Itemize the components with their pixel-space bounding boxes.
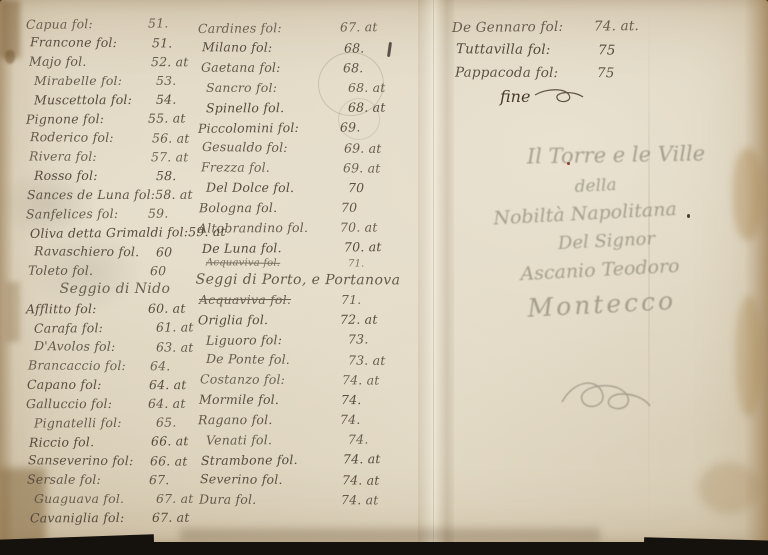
index-entry: Altobrandino fol.70. at	[198, 217, 394, 238]
family-name: Cardines fol:	[198, 18, 282, 39]
index-entry: Cardines fol:67. at	[198, 17, 394, 39]
family-name: Del Dolce fol.	[206, 178, 294, 198]
family-name: Carafa fol:	[34, 318, 103, 338]
family-name: Severino fol.	[200, 469, 283, 490]
section-heading-label: Seggi di Porto, e Portanova	[196, 270, 401, 291]
family-name: Afflitto fol:	[26, 299, 97, 318]
folio-number: 64.	[150, 356, 204, 375]
index-entry: Afflitto fol:60. at	[26, 299, 202, 319]
family-name: Venati fol.	[206, 430, 272, 450]
family-name: Piccolomini fol:	[198, 118, 299, 139]
family-name: Mormile fol.	[199, 390, 279, 410]
index-entry: De Gennaro fol:74. at.	[452, 15, 652, 40]
family-name: Roderico fol:	[30, 127, 114, 147]
index-entry: Sancro fol:68. at	[198, 78, 402, 98]
folio-number: 74.	[341, 390, 395, 410]
family-name: Oliva detta Grimaldi fol:	[30, 222, 188, 243]
family-name: Ravaschiero fol.	[34, 241, 139, 261]
index-column-2: Cardines fol:67. atMilano fol:68.Gaetana…	[198, 18, 394, 510]
index-entry: Strambone fol.74. at	[198, 449, 397, 471]
folio-number: 55. at	[148, 108, 202, 127]
index-entry: De Ponte fol.73. at	[198, 349, 402, 371]
family-name: Pappacoda fol:	[455, 62, 558, 85]
section-heading: Seggi di Porto, e Portanova	[198, 270, 396, 291]
index-entry: Brancaccio fol:64.	[26, 355, 204, 375]
index-entry: Capua fol:51.	[26, 13, 202, 34]
folio-number: 51.	[148, 13, 202, 33]
folio-number: 66. at	[150, 451, 204, 470]
family-name: Pignatelli fol:	[34, 413, 122, 433]
index-entry: Sanfelices fol:59.	[26, 203, 202, 223]
folio-number: 64. at	[149, 375, 203, 394]
family-name: Gaetana fol:	[201, 58, 281, 78]
folio-number: 52. at	[151, 52, 205, 71]
folio-number: 59.	[148, 203, 202, 222]
section-heading-label: Seggio di Nido	[60, 280, 171, 299]
index-entry: Guaguava fol.67. at	[26, 489, 210, 508]
folio-number: 70	[341, 198, 395, 218]
family-name: Francone fol:	[30, 32, 117, 52]
family-name: Muscettola fol:	[34, 90, 132, 109]
index-entry: Sanseverino fol:66. at	[26, 450, 204, 470]
folio-number: 67. at	[152, 508, 206, 527]
index-entry: Toleto fol.60	[26, 261, 204, 281]
family-name: Milano fol:	[202, 37, 273, 58]
folio-number: 68.	[344, 38, 398, 58]
family-name: Sanfelices fol:	[26, 204, 118, 224]
index-entry: Ragano fol.74.	[198, 410, 394, 430]
index-entry: Muscettola fol:54.	[26, 90, 210, 110]
section-heading: Seggio di Nido	[26, 280, 203, 299]
folio-number: 71.	[348, 258, 402, 270]
index-entry: Sances de Luna fol:58. at	[26, 185, 203, 204]
family-name: Sersale fol:	[27, 470, 101, 489]
folio-number: 74.	[340, 410, 394, 430]
index-entry: Dura fol.74. at	[198, 490, 395, 511]
fine-flourish-icon	[533, 86, 585, 106]
fine-marker: fine	[500, 86, 585, 106]
index-entry: Riccio fol.66. at	[26, 431, 205, 452]
index-entry: Spinello fol.68. at	[198, 98, 402, 119]
family-name: Rosso fol:	[34, 166, 98, 185]
index-entry: D'Avolos fol:63. at	[26, 336, 210, 357]
family-name: Sances de Luna fol:	[27, 185, 155, 204]
index-entry: Costanzo fol:74. at	[198, 369, 396, 390]
backdrop-bottom-band	[0, 542, 768, 555]
index-entry: Tuttavilla fol:75	[452, 38, 656, 63]
index-entry: Severino fol.74. at	[198, 469, 396, 491]
family-name: Majo fol.	[29, 52, 87, 71]
family-name: Toleto fol.	[28, 261, 93, 280]
index-entry: Bologna fol.70	[198, 198, 395, 218]
folio-number: 60. at	[148, 299, 202, 318]
index-entry: Rosso fol:58.	[26, 166, 210, 185]
family-name: Riccio fol.	[29, 432, 94, 452]
index-entry: Pignatelli fol:65.	[26, 412, 210, 432]
index-entry: Pappacoda fol:75	[452, 62, 655, 86]
index-entry: Cavaniglia fol:67. at	[26, 508, 206, 528]
folio-number: 72. at	[340, 310, 394, 330]
family-name: Costanzo fol:	[200, 369, 285, 390]
index-entry: Gaetana fol:68.	[198, 58, 397, 79]
index-entry: Venati fol.74.	[198, 429, 402, 450]
family-name: Mirabelle fol:	[34, 71, 122, 90]
family-name: Altobrandino fol.	[198, 218, 308, 239]
family-name: Acquaviva fol.	[206, 257, 280, 270]
folio-number: 68. at	[348, 78, 402, 98]
folio-number: 74. at	[341, 490, 395, 510]
family-name: De Luna fol.	[202, 238, 282, 259]
family-name: Tuttavilla fol:	[456, 38, 551, 62]
family-name: Cavaniglia fol:	[30, 508, 124, 527]
folio-number: 74. at.	[594, 15, 652, 39]
index-entry: Pignone fol:55. at	[26, 108, 202, 128]
folio-number: 74. at	[342, 470, 396, 490]
family-name: D'Avolos fol:	[34, 336, 116, 356]
index-entry: Capano fol:64. at	[26, 375, 203, 394]
folio-number: 70. at	[340, 217, 394, 237]
index-entry: Galluccio fol:64. at	[26, 394, 202, 413]
folio-number: 73. at	[348, 351, 402, 372]
index-entry: Francone fol:51.	[26, 32, 206, 53]
index-entry: Liguoro fol:73.	[198, 329, 402, 351]
index-entry: Acquaviva fol.71.	[198, 290, 395, 310]
folio-number: 68. at	[348, 98, 402, 118]
folio-number: 69. at	[344, 138, 398, 159]
family-name: Liguoro fol:	[206, 330, 282, 351]
index-entry: Majo fol.52. at	[26, 52, 205, 72]
family-name: Spinello fol.	[206, 98, 284, 118]
folio-number: 74. at	[342, 370, 396, 390]
folio-number: 67.	[149, 470, 203, 489]
folio-number: 71.	[341, 290, 395, 310]
family-name: De Ponte fol.	[206, 349, 290, 370]
family-name: De Gennaro fol:	[452, 16, 563, 40]
family-name: Capua fol:	[26, 14, 93, 34]
family-name: Acquaviva fol.	[199, 290, 291, 310]
family-name: Guaguava fol.	[34, 489, 124, 508]
index-entry: Mirabelle fol:53.	[26, 71, 210, 90]
index-entry: Piccolomini fol:69.	[198, 117, 394, 139]
folio-number: 73.	[348, 329, 402, 349]
index-entry: Frezza fol.69. at	[198, 157, 397, 178]
manuscript-photo: Capua fol:51.Francone fol:51.Majo fol.52…	[0, 0, 768, 555]
family-name: Rivera fol:	[29, 146, 97, 165]
index-entry: Mormile fol.74.	[198, 390, 395, 410]
family-name: Strambone fol.	[201, 450, 298, 471]
index-entry: Gesualdo fol:69. at	[198, 137, 398, 159]
index-entry: Carafa fol:61. at	[26, 317, 210, 338]
family-name: Sanseverino fol:	[28, 450, 134, 470]
index-entry: Milano fol:68.	[198, 37, 398, 59]
folio-number: 69. at	[343, 158, 397, 178]
family-name: Bologna fol.	[199, 198, 277, 218]
index-entry: Sersale fol:67.	[26, 470, 203, 490]
index-entry: Del Dolce fol.70	[198, 178, 402, 198]
family-name: Capano fol:	[27, 375, 102, 394]
family-name: Sancro fol:	[206, 78, 277, 98]
folio-number: 66. at	[151, 431, 205, 451]
folio-number: 67. at	[340, 17, 394, 38]
index-column-3: De Gennaro fol:74. at.Tuttavilla fol:75P…	[452, 16, 652, 85]
index-entry: Origlia fol.72. at	[198, 310, 394, 331]
index-entry: De Luna fol.70. at	[198, 237, 398, 259]
index-entry: Roderico fol:56. at	[26, 127, 206, 148]
index-entry: Ravaschiero fol.60	[26, 241, 210, 262]
folio-number: 64. at	[148, 394, 202, 413]
folio-number: 70	[348, 178, 402, 198]
family-name: Ragano fol.	[198, 410, 273, 430]
family-name: Frezza fol.	[201, 157, 270, 177]
folio-number: 70. at	[344, 237, 398, 258]
family-name: Dura fol.	[199, 490, 256, 510]
folio-number: 75	[598, 39, 656, 62]
family-name: Origlia fol.	[198, 310, 268, 330]
family-name: Brancaccio fol:	[28, 355, 126, 375]
index-column-1: Capua fol:51.Francone fol:51.Majo fol.52…	[26, 14, 202, 527]
family-name: Pignone fol:	[26, 109, 104, 129]
folio-number: 74.	[348, 429, 402, 449]
family-name: Galluccio fol:	[26, 394, 112, 413]
folio-number: 74. at	[343, 449, 397, 470]
folio-number: 68.	[343, 58, 397, 78]
folio-number: 75	[597, 62, 655, 85]
index-entry: Oliva detta Grimaldi fol:59. at	[26, 222, 206, 243]
family-name: Gesualdo fol:	[202, 137, 288, 158]
folio-number: 69.	[340, 117, 394, 137]
index-entry: Rivera fol:57. at	[26, 146, 205, 166]
fine-label: fine	[500, 87, 530, 106]
